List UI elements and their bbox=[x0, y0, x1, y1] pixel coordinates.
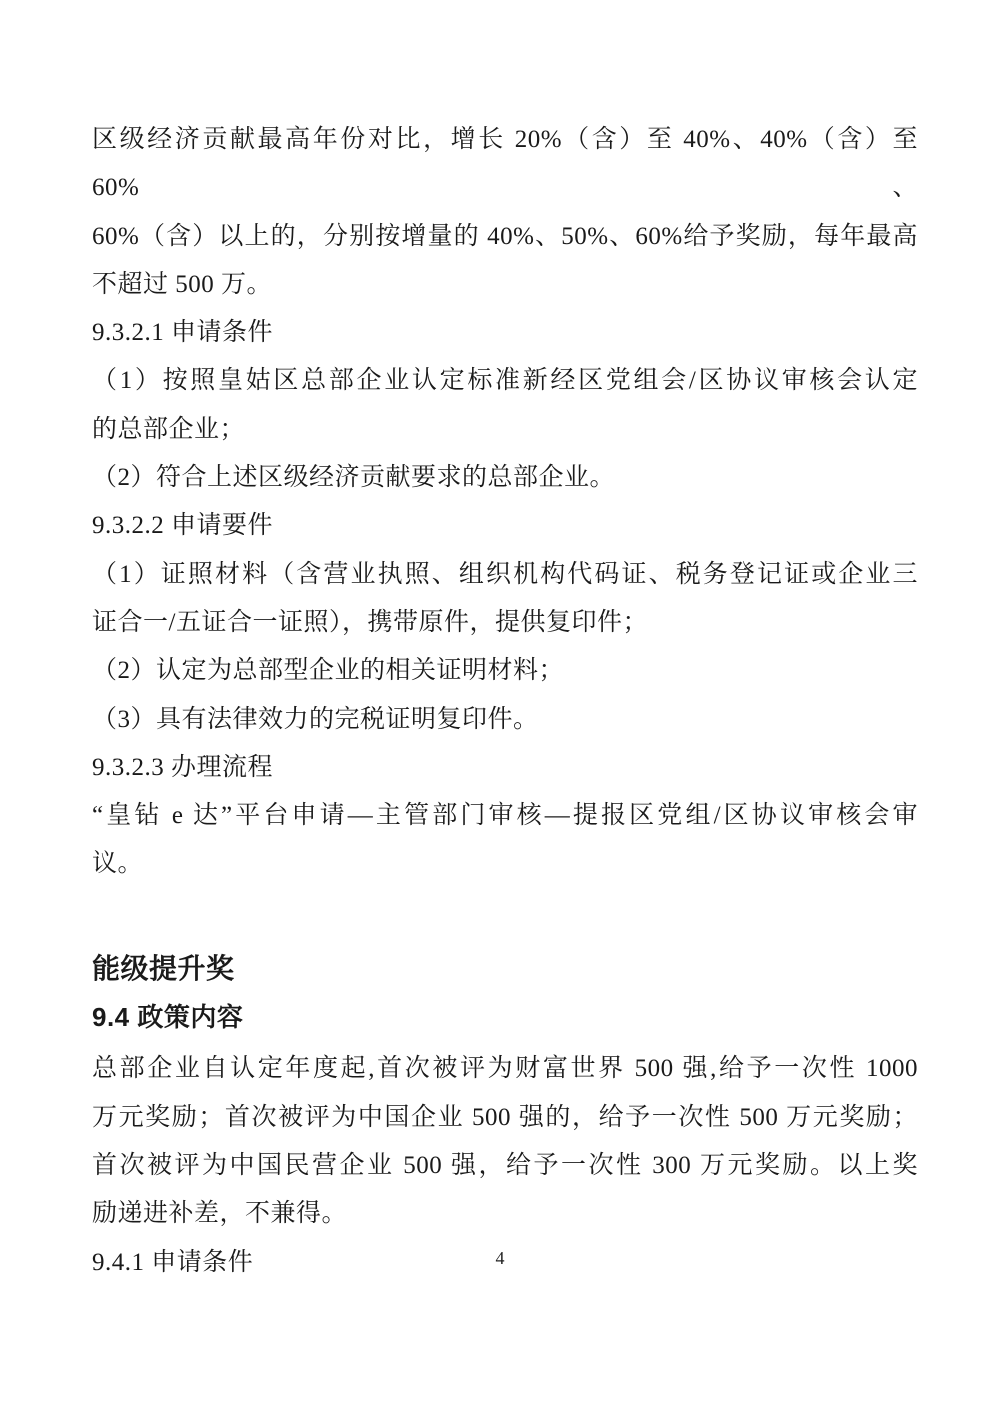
body-line: 万元奖励；首次被评为中国企业 500 强的，给予一次性 500 万元奖励； bbox=[92, 1094, 918, 1142]
page-content: 区级经济贡献最高年份对比，增长 20%（含）至 40%、40%（含）至 60%、… bbox=[0, 0, 1000, 1287]
body-line: 60%（含）以上的，分别按增量的 40%、50%、60%给予奖励，每年最高 bbox=[92, 213, 918, 261]
body-line: 不超过 500 万。 bbox=[92, 261, 918, 309]
body-line: 励递进补差，不兼得。 bbox=[92, 1190, 918, 1238]
document-page: 区级经济贡献最高年份对比，增长 20%（含）至 40%、40%（含）至 60%、… bbox=[0, 0, 1000, 1413]
body-line: （2）认定为总部型企业的相关证明材料； bbox=[92, 647, 918, 695]
body-line: 总部企业自认定年度起,首次被评为财富世界 500 强,给予一次性 1000 bbox=[92, 1045, 918, 1093]
section-heading: 能级提升奖 bbox=[92, 945, 918, 993]
body-line: 的总部企业； bbox=[92, 406, 918, 454]
body-line: “皇钻 e 达”平台申请—主管部门审核—提报区党组/区协议审核会审 bbox=[92, 792, 918, 840]
body-line: （2）符合上述区级经济贡献要求的总部企业。 bbox=[92, 454, 918, 502]
body-line: 议。 bbox=[92, 840, 918, 888]
body-line: 证合一/五证合一证照），携带原件，提供复印件； bbox=[92, 599, 918, 647]
body-line: 区级经济贡献最高年份对比，增长 20%（含）至 40%、40%（含）至 60%、 bbox=[92, 116, 918, 213]
body-line: （3）具有法律效力的完税证明复印件。 bbox=[92, 696, 918, 744]
clause-number-line: 9.3.2.1 申请条件 bbox=[92, 309, 918, 357]
body-line: （1）证照材料（含营业执照、组织机构代码证、税务登记证或企业三 bbox=[92, 551, 918, 599]
clause-number-line: 9.3.2.2 申请要件 bbox=[92, 502, 918, 550]
clause-number-line: 9.3.2.3 办理流程 bbox=[92, 744, 918, 792]
body-line: （1）按照皇姑区总部企业认定标准新经区党组会/区协议审核会认定 bbox=[92, 357, 918, 405]
page-number: 4 bbox=[0, 1246, 1000, 1270]
subsection-heading: 9.4 政策内容 bbox=[92, 993, 918, 1041]
body-line: 首次被评为中国民营企业 500 强，给予一次性 300 万元奖励。以上奖 bbox=[92, 1142, 918, 1190]
